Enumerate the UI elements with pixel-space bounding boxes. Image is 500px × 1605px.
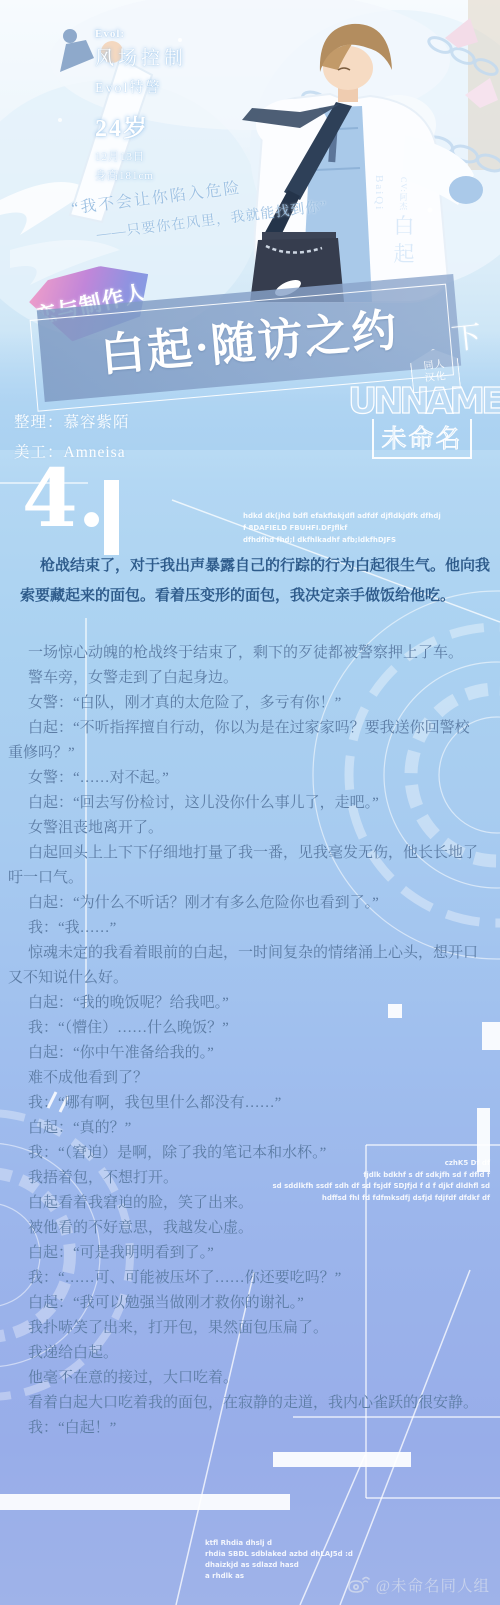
deco-text-bottom: ktfl Rhdia dhslj d rhdia SBDL sdblaked a…	[205, 1538, 353, 1582]
deco-text-right-line: czhK5 Df df	[273, 1158, 490, 1170]
story-paragraph: 看着白起大口吃着我的面包，在寂静的走道，我内心雀跃的很安静。	[8, 1391, 482, 1416]
section-bar	[104, 480, 119, 555]
deco-text-top-line: hdkd dk(jhd bdfl efakflakjdfl adfdf djfl…	[243, 510, 441, 522]
story-paragraph: 惊魂未定的我看着眼前的白起，一时间复杂的情绪涌上心头，想开口又不知说什么好。	[8, 941, 482, 991]
story-paragraph: 被他看的不好意思，我越发心虚。	[8, 1216, 482, 1241]
story-text: 一场惊心动魄的枪战终于结束了，剩下的歹徒都被警察押上了车。 警车旁，女警走到了白…	[8, 641, 482, 1441]
character-name-cn: 白起	[391, 215, 415, 271]
story-paragraph: 白起：“真的？”	[8, 1116, 482, 1141]
evol-power: 风场控制	[95, 43, 187, 70]
deco-text-top-line: dfhdfhd fhd;l dkfhlkadhf afb;ldkfhDJFS	[243, 534, 441, 546]
character-age: 24岁	[95, 108, 187, 143]
story-paragraph: 警车旁，女警走到了白起身边。	[8, 666, 482, 691]
character-birthday: 12月13日	[95, 148, 187, 164]
deco-text-right: czhK5 Df df fjdlk bdkhf s df sdkjfh sd f…	[273, 1158, 490, 1204]
deco-text-bottom-line: dhaizkjd as sdlazd hasd	[205, 1560, 353, 1571]
evol-rank: Evol特警	[95, 77, 187, 97]
evol-label: Evol:	[95, 28, 187, 40]
story-paragraph: 一场惊心动魄的枪战终于结束了，剩下的歹徒都被警察押上了车。	[8, 641, 482, 666]
story-paragraph: 我扑哧笑了出来，打开包，果然面包压扁了。	[8, 1316, 482, 1341]
story-paragraph: 白起：“回去写份检讨，这儿没你什么事儿了，走吧。”	[8, 791, 482, 816]
section-number: 4.	[22, 458, 106, 538]
group-logo: UNNAMED 未命名	[348, 384, 496, 459]
credit-editor: 整理：慕容紫陌	[14, 408, 130, 438]
story-paragraph: 我：“白起！”	[8, 1416, 482, 1441]
deco-text-right-line: sd sddlkfh ssdf sdh df sd fsjdf SDJfjd f…	[273, 1181, 490, 1193]
story-paragraph: 白起：“我的晚饭呢？给我吧。”	[8, 991, 482, 1016]
story-paragraph: 我：“……可、可能被压坏了……你还要吃吗？”	[8, 1266, 482, 1291]
story-paragraph: 白起：“你中午准备给我的。”	[8, 1041, 482, 1066]
watermark: @未命名同人组	[347, 1574, 490, 1596]
story-paragraph: 难不成他看到了？	[8, 1066, 482, 1091]
story-paragraph: 白起：“可是我明明看到了。”	[8, 1241, 482, 1266]
story-paragraph: 我：“我……”	[8, 916, 482, 941]
chapter-summary: 枪战结束了，对于我出声暴露自己的行踪的行为白起很生气。他向我索要藏起来的面包。看…	[20, 551, 494, 611]
deco-text-bottom-line: a rhdlk as	[205, 1571, 353, 1582]
group-logo-en: UNNAMED	[348, 384, 496, 420]
fanart-poster: Evol: 风场控制 Evol特警 24岁 12月13日 身高181cm CV:…	[0, 0, 500, 1605]
deco-text-bottom-line: rhdia SBDL sdblaked azbd dhLAJ5d :d	[205, 1549, 353, 1560]
weibo-icon	[347, 1575, 371, 1595]
character-cv: CV:阿杰	[399, 177, 408, 211]
story-paragraph: 白起：“为什么不听话？刚才有多么危险你也看到了。”	[8, 891, 482, 916]
story-paragraph: 白起：“不听指挥擅自行动，你以为是在过家家吗？要我送你回警校重修吗？”	[8, 716, 482, 766]
watermark-text: @未命名同人组	[376, 1574, 490, 1596]
story-paragraph: 女警沮丧地离开了。	[8, 816, 482, 841]
story-paragraph: 我递给白起。	[8, 1341, 482, 1366]
credits: 整理：慕容紫陌 美工：Amneisa	[14, 408, 130, 468]
deco-text-top: hdkd dk(jhd bdfl efakflakjdfl adfdf djfl…	[243, 510, 441, 546]
story-paragraph: 白起回头上上下下仔细地打量了我一番，见我毫发无伤，他长长地了吁一口气。	[8, 841, 482, 891]
credit-artist: 美工：Amneisa	[14, 438, 130, 468]
character-height: 身高181cm	[95, 167, 187, 183]
character-name-vertical: CV:阿杰 白起 BaiQi	[370, 172, 418, 287]
story-paragraph: 他毫不在意的接过，大口吃着。	[8, 1366, 482, 1391]
story-paragraph: 女警：“白队，刚才真的太危险了，多亏有你！”	[8, 691, 482, 716]
deco-text-bottom-line: ktfl Rhdia dhslj d	[205, 1538, 353, 1549]
deco-text-top-line: f 8DAFIELD FBUHFI.DFJflkf	[243, 522, 441, 534]
story-paragraph: 女警：“……对不起。”	[8, 766, 482, 791]
story-paragraph: 我：“（懵住）……什么晚饭？”	[8, 1016, 482, 1041]
deco-text-right-line: hdffsd fhl fd fdfmksdfj dsfjd fdjfdf dfd…	[273, 1193, 490, 1205]
story-paragraph: 白起：“我可以勉强当做刚才救你的谢礼。”	[8, 1291, 482, 1316]
title-part-label: 下	[449, 312, 483, 359]
character-name-en: BaiQi	[373, 175, 385, 211]
deco-text-right-line: fjdlk bdkhf s df sdkjfh sd f dfld f	[273, 1170, 490, 1182]
story-paragraph: 我：“哪有啊，我包里什么都没有……”	[8, 1091, 482, 1116]
group-logo-cn: 未命名	[372, 419, 471, 459]
character-info: Evol: 风场控制 Evol特警 24岁 12月13日 身高181cm	[95, 28, 187, 183]
